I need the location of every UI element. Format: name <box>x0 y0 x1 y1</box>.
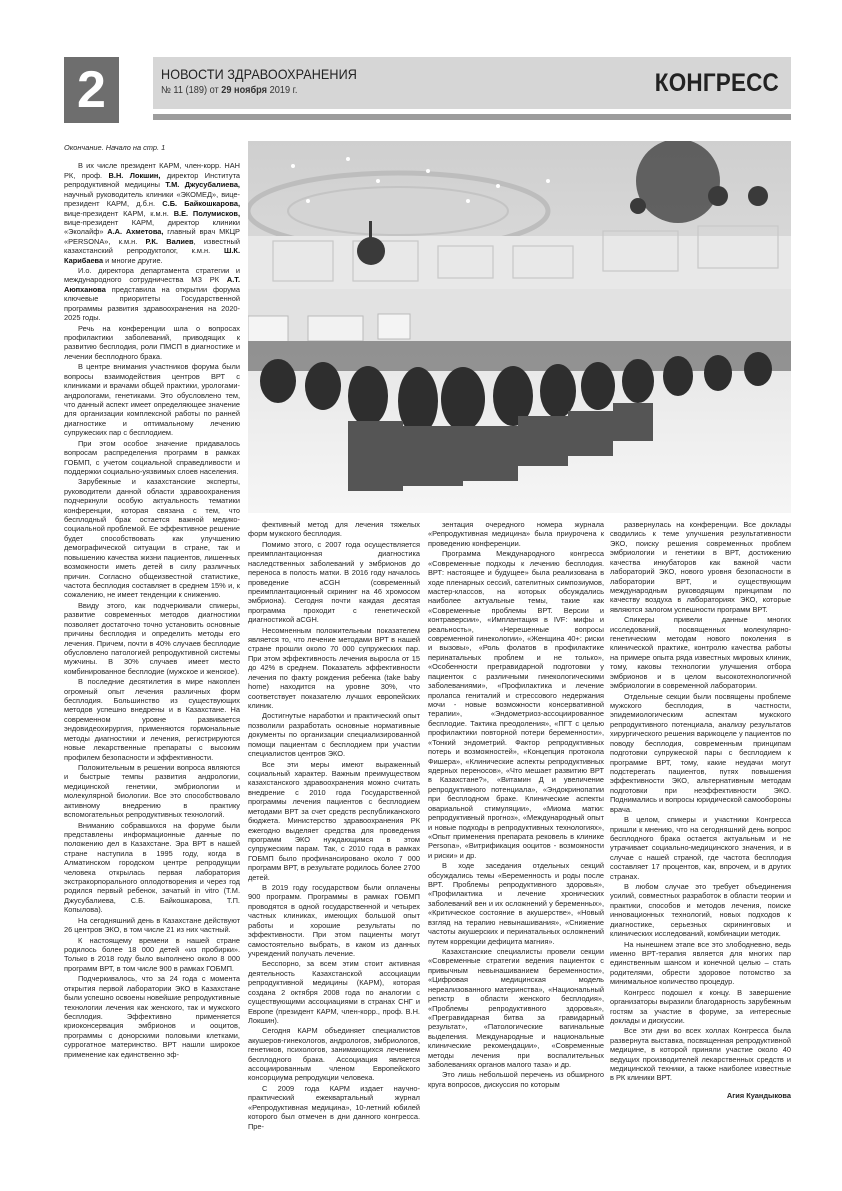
paragraph: На сегодняшний день в Казахстане действу… <box>64 916 240 935</box>
paragraph: В целом, спикеры и участники Конгресса п… <box>610 815 791 881</box>
paragraph: Подчеркивалось, что за 24 года с момента… <box>64 974 240 1059</box>
paragraph: зентация очередного номера журнала «Репр… <box>428 520 604 548</box>
paragraph: Сегодня КАРМ объединяет специалистов аку… <box>248 1026 420 1083</box>
paragraph: Все эти меры имеют выраженный социальный… <box>248 760 420 882</box>
masthead-divider <box>153 114 791 120</box>
issue-number: № 11 (189) от <box>161 85 219 96</box>
paragraph: В их числе президент КАРМ, член-корр. НА… <box>64 161 240 265</box>
paragraph: К настоящему времени в нашей стране роди… <box>64 936 240 974</box>
paragraph: Казахстанские специалисты провели секции… <box>428 947 604 1069</box>
column-body: фективный метод для лечения тяжелых форм… <box>248 520 420 1131</box>
article-column-1: Окончание. Начало на стр. 1 В их числе п… <box>64 143 240 1059</box>
article-author: Агия Куандыкова <box>610 1091 791 1100</box>
paragraph: В любом случае это требует объединения у… <box>610 882 791 939</box>
paragraph: Программа Международного конгресса «Совр… <box>428 549 604 860</box>
person-name: В.Е. Полумисков, <box>174 209 240 218</box>
paragraph: Отдельные секции были посвящены проблеме… <box>610 692 791 814</box>
paragraph: Это лишь небольшой перечень из обширного… <box>428 1070 604 1089</box>
article-column-4: развернулась на конференции. Все доклады… <box>610 520 791 1100</box>
person-name: В.Н. Локшин, <box>109 171 161 180</box>
paragraph: Помимо этого, с 2007 года осуществляется… <box>248 540 420 625</box>
paragraph: В центре внимания участников форума были… <box>64 362 240 437</box>
paragraph: В ходе заседания отдельных секций обсужд… <box>428 861 604 946</box>
paragraph: Несомненным положительным показателем яв… <box>248 626 420 711</box>
newspaper-title: НОВОСТИ ЗДРАВООХРАНЕНИЯ <box>161 66 357 82</box>
paragraph: Спикеры привели данные многих исследован… <box>610 615 791 690</box>
paragraph: В последние десятилетия в мире накоплен … <box>64 677 240 762</box>
paragraph: развернулась на конференции. Все доклады… <box>610 520 791 614</box>
person-name: Р.К. Валиев <box>146 237 194 246</box>
person-name: Т.М. Джусубалиева, <box>165 180 240 189</box>
masthead: НОВОСТИ ЗДРАВООХРАНЕНИЯ № 11 (189) от 29… <box>153 57 791 109</box>
paragraph: Положительным в решении вопроса являются… <box>64 763 240 820</box>
paragraph: Вниманию собравшихся на форуме были пред… <box>64 821 240 915</box>
paragraph: В 2019 году государством были оплачены 9… <box>248 883 420 958</box>
paragraph: Конгресс подошел к концу. В завершение о… <box>610 988 791 1026</box>
page-number: 2 <box>64 57 119 123</box>
person-name: А.Т. Аюпханова <box>64 275 240 293</box>
person-name: А.А. Ахметова, <box>107 227 163 236</box>
column-body: развернулась на конференции. Все доклады… <box>610 520 791 1083</box>
section-title: КОНГРЕСС <box>655 69 779 98</box>
paragraph: С 2009 года КАРМ издает научно-практичес… <box>248 1084 420 1131</box>
paragraph: Все эти дни во всех холлах Конгресса был… <box>610 1026 791 1083</box>
article-column-3: зентация очередного номера журнала «Репр… <box>428 520 604 1089</box>
continuation-note: Окончание. Начало на стр. 1 <box>64 143 240 152</box>
column-body: зентация очередного номера журнала «Репр… <box>428 520 604 1089</box>
issue-info: № 11 (189) от 29 ноября 2019 г. <box>161 85 297 96</box>
paragraph: Ввиду этого, как подчеркивали спикеры, р… <box>64 601 240 676</box>
column-body: В их числе президент КАРМ, член-корр. НА… <box>64 161 240 1059</box>
paragraph: Речь на конференции шла о вопросах профи… <box>64 324 240 362</box>
paragraph: При этом особое значение придавалось воп… <box>64 439 240 477</box>
paragraph: Достигнутые наработки и практический опы… <box>248 711 420 758</box>
conference-hall-photo <box>248 141 791 513</box>
paragraph: Зарубежные и казахстанские эксперты, рук… <box>64 477 240 599</box>
person-name: Ш.К. Карибаева <box>64 246 240 264</box>
paragraph: И.о. директора департамента стратегии и … <box>64 266 240 323</box>
paragraph: фективный метод для лечения тяжелых форм… <box>248 520 420 539</box>
paragraph: На нынешнем этапе все это злободневно, в… <box>610 940 791 987</box>
paragraph: Бесспорно, за всем этим стоит активная д… <box>248 959 420 1025</box>
issue-year: 2019 г. <box>270 85 298 96</box>
article-column-2: фективный метод для лечения тяжелых форм… <box>248 520 420 1131</box>
issue-date: 29 ноября <box>221 85 267 96</box>
person-name: С.Б. Байкошкарова, <box>162 199 240 208</box>
